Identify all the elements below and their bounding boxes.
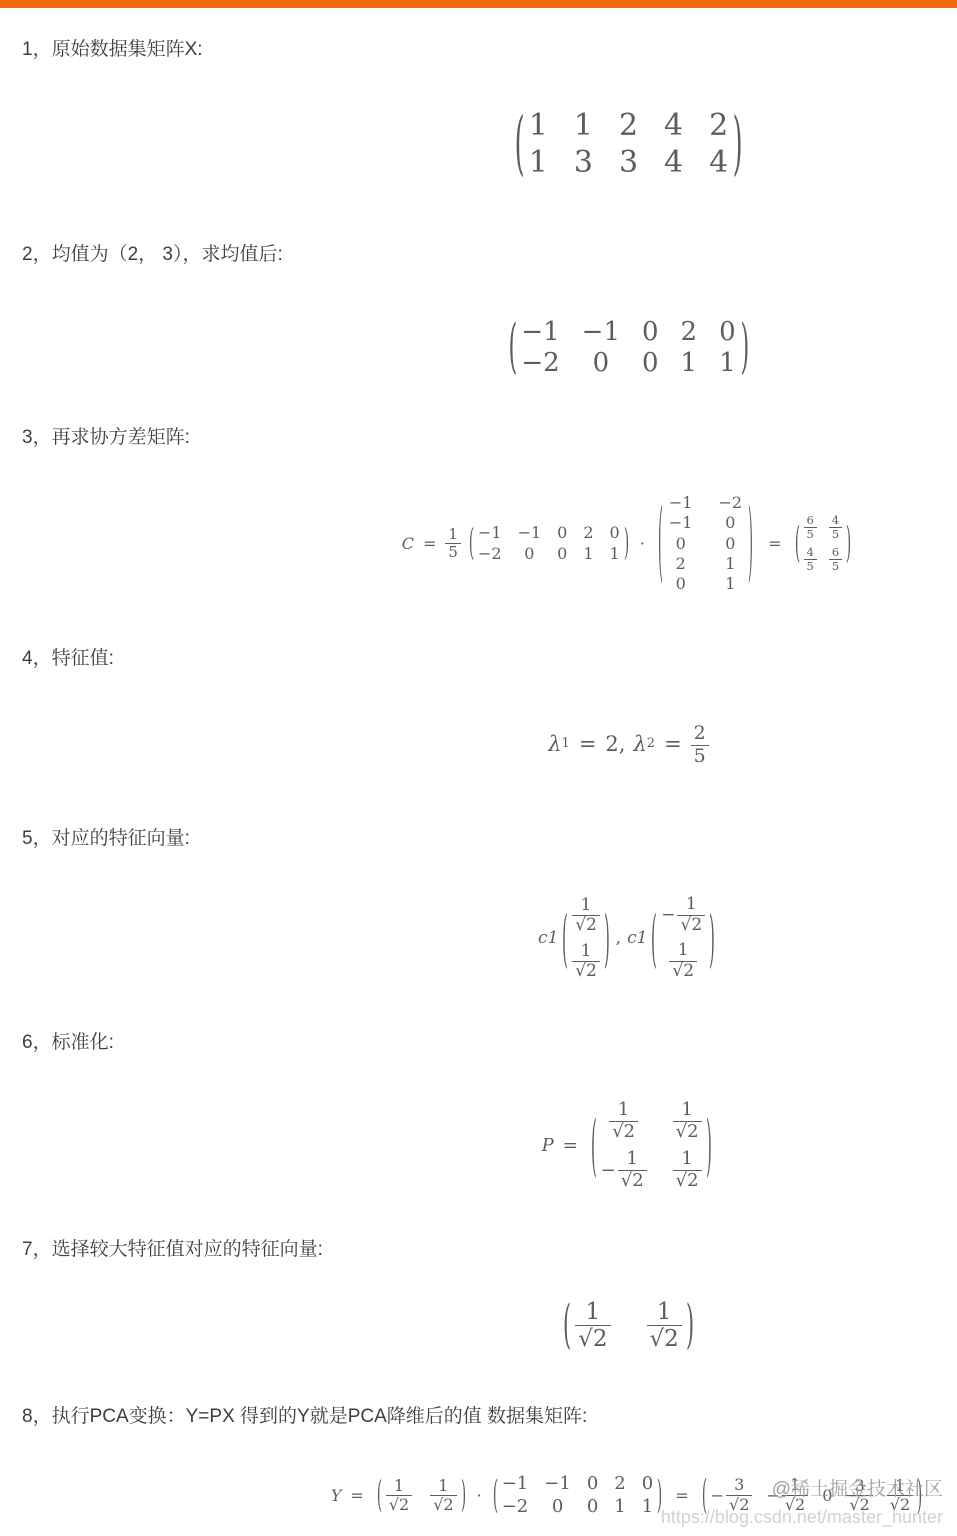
comma: ,	[616, 928, 621, 948]
normalized-matrix-formula: P = ( 1√21√2−1√21√2 )	[0, 1099, 957, 1192]
fraction: 4	[664, 109, 683, 142]
fraction: 1√2	[647, 1299, 682, 1353]
matrix-cell: 1√2	[669, 940, 697, 981]
normalized-matrix: 1√21√2−1√21√2	[601, 1099, 702, 1192]
right-paren: )	[740, 313, 749, 381]
matrix-cell: 0	[557, 523, 567, 542]
section-6-heading: 6，标准化:	[0, 1027, 957, 1054]
right-paren: )	[604, 901, 610, 975]
original-matrix: 1124213344	[529, 109, 728, 179]
fraction: 0	[557, 544, 567, 563]
fraction: 0	[524, 544, 534, 563]
fraction: 0	[642, 1473, 653, 1495]
right-paren: )	[460, 1474, 465, 1516]
left-paren: (	[563, 1296, 571, 1356]
eigenvector-1: 1√21√2	[572, 895, 600, 982]
fraction: 0	[676, 574, 686, 593]
top-accent-bar	[0, 0, 957, 8]
left-paren: (	[377, 1474, 382, 1516]
matrix-cell: 0	[524, 544, 534, 563]
fraction: 2	[614, 1473, 625, 1495]
matrix-cell: 1	[574, 109, 593, 142]
fraction: −1	[544, 1473, 571, 1495]
eigenvector-2: −1√21√2	[661, 895, 705, 981]
matrix-cell: 0	[676, 574, 686, 593]
right-paren: )	[846, 518, 851, 567]
fraction: 1	[642, 1496, 653, 1518]
section-3-heading: 3，再求协方差矩阵:	[0, 422, 957, 449]
variable-C: C	[402, 534, 414, 553]
section-1-heading: 1，原始数据集矩阵X:	[0, 34, 957, 61]
fraction: 1√2	[572, 896, 600, 936]
section-2-heading: 2，均值为（2， 3），求均值后:	[0, 239, 957, 266]
covariance-result-matrix: 65454565	[804, 513, 843, 573]
left-paren: (	[469, 522, 474, 564]
fraction: −1	[669, 513, 693, 532]
fraction: −1√2	[601, 1149, 647, 1191]
fraction: 1	[725, 574, 735, 593]
fraction: 2	[676, 554, 686, 573]
matrix-cell: 0	[610, 523, 620, 542]
matrix-cell: 45	[804, 545, 817, 573]
watermark-juejin: @稀土掘金技术社区	[661, 1476, 943, 1504]
fraction: 3	[619, 146, 638, 179]
matrix-cell: 1	[610, 544, 620, 563]
fraction: 1√2	[673, 1149, 702, 1191]
left-paren: (	[514, 103, 524, 185]
matrix-cell: −2	[502, 1496, 529, 1518]
fraction: −1√2	[661, 895, 705, 935]
matrix-cell: −2	[718, 493, 742, 512]
equals-sign: =	[768, 534, 781, 553]
fraction: 2	[709, 109, 728, 142]
matrix-cell: 4	[664, 146, 683, 179]
fraction: 1	[574, 109, 593, 142]
variable-P: P	[542, 1135, 554, 1156]
matrix-cell: 1	[614, 1496, 625, 1518]
matrix-cell: 1	[725, 554, 735, 573]
fraction: −1	[502, 1473, 529, 1495]
matrix-cell: 1√2	[430, 1476, 456, 1515]
matrix-cell: −1	[582, 318, 620, 347]
matrix-cell: 2	[681, 318, 698, 347]
lambda-symbol: λ	[633, 732, 646, 756]
fraction: 45	[804, 546, 817, 573]
fraction: −2	[521, 349, 559, 378]
fraction: 0	[642, 349, 659, 378]
right-paren: )	[706, 1106, 712, 1185]
fraction: 15	[445, 526, 461, 562]
lambda-subscript: 2	[647, 736, 655, 751]
fraction: −1	[478, 523, 502, 542]
data-matrix: −1−1020−20011	[502, 1473, 653, 1518]
fraction: 1√2	[669, 941, 697, 981]
right-paren: )	[748, 493, 753, 594]
fraction: −1	[669, 493, 693, 512]
fraction: 0	[610, 523, 620, 542]
section-8-heading: 8，执行PCA变换：Y=PX 得到的Y就是PCA降维后的值 数据集矩阵:	[0, 1401, 957, 1428]
matrix-cell: −1	[521, 318, 559, 347]
left-paren: (	[794, 518, 799, 567]
section-5-heading: 5，对应的特征向量:	[0, 823, 957, 850]
fraction: 1	[614, 1496, 625, 1518]
fraction: 2	[619, 109, 638, 142]
matrix-cell: 2	[619, 109, 638, 142]
section-4-heading: 4，特征值:	[0, 643, 957, 670]
matrix-cell: 1	[642, 1496, 653, 1518]
fraction: 1	[719, 349, 736, 378]
matrix-cell: −2	[521, 349, 559, 378]
original-matrix-formula: ( 1124213344 )	[0, 109, 957, 179]
matrix-cell: 2	[583, 523, 593, 542]
equals-sign: =	[423, 534, 436, 553]
matrix-cell: 0	[587, 1473, 598, 1495]
matrix-cell: 1√2	[572, 941, 600, 982]
fraction: 1√2	[575, 1299, 610, 1353]
fraction: 3	[574, 146, 593, 179]
matrix-cell: 1√2	[572, 895, 600, 936]
fraction: 65	[804, 514, 817, 541]
left-paren: (	[493, 1473, 498, 1518]
covariance-matrix-b: −1−2−10002101	[669, 493, 742, 593]
matrix-cell: 1√2	[575, 1299, 610, 1353]
matrix-cell: 1	[719, 349, 736, 378]
matrix-cell: 0	[557, 544, 567, 563]
fraction: 1√2	[572, 942, 600, 982]
matrix-cell: −1	[518, 523, 542, 542]
matrix-cell: 1	[529, 146, 548, 179]
fraction: 1√2	[673, 1100, 702, 1142]
right-paren: )	[709, 901, 715, 975]
p-row-vector: 1√21√2	[386, 1476, 457, 1515]
left-paren: (	[562, 901, 568, 975]
section-7-heading: 7，选择较大特征值对应的特征向量:	[0, 1234, 957, 1261]
fraction: −1	[518, 523, 542, 542]
matrix-cell: −1	[669, 513, 693, 532]
fraction: 1	[681, 349, 698, 378]
fraction: −2	[502, 1496, 529, 1518]
matrix-cell: 3	[574, 146, 593, 179]
fraction: 1	[725, 554, 735, 573]
watermark: @稀土掘金技术社区 https://blog.csdn.net/master_h…	[661, 1476, 943, 1530]
demeaned-matrix: −1−1020−20011	[521, 318, 735, 377]
eigenvalue-2-fraction: 25	[691, 720, 709, 768]
matrix-cell: −1	[669, 493, 693, 512]
left-paren: (	[651, 901, 657, 975]
right-paren: )	[624, 522, 629, 564]
fraction: 0	[642, 318, 659, 347]
fraction: −1	[521, 318, 559, 347]
left-paren: (	[658, 493, 663, 594]
matrix-cell: 2	[676, 554, 686, 573]
matrix-cell: 0	[642, 318, 659, 347]
fraction: 1√2	[609, 1100, 638, 1142]
fraction: −2	[478, 544, 502, 563]
right-paren: )	[733, 103, 743, 185]
fraction: 0	[725, 513, 735, 532]
matrix-cell: 0	[642, 1473, 653, 1495]
fraction: 2	[681, 318, 698, 347]
fraction: 0	[587, 1496, 598, 1518]
fraction: −1	[582, 318, 620, 347]
eigenvectors-formula: c1 ( 1√21√2 ) , c1 ( −1√21√2 )	[0, 895, 957, 982]
matrix-cell: −2	[478, 544, 502, 563]
fraction: 0	[725, 534, 735, 553]
fraction: 1	[610, 544, 620, 563]
lambda-symbol: λ	[548, 732, 561, 756]
covariance-formula: C = 15 ( −1−1020−20011 ) · ( −1−2−100021…	[0, 493, 957, 593]
fraction: 2	[583, 523, 593, 542]
coefficient-fraction: 15	[445, 525, 461, 562]
equals-sign: =	[579, 732, 597, 756]
matrix-cell: 3	[619, 146, 638, 179]
fraction: 1√2	[386, 1477, 412, 1515]
equals-sign: =	[563, 1135, 578, 1156]
fraction: 1	[529, 146, 548, 179]
covariance-matrix-a: −1−1020−20011	[478, 523, 620, 563]
fraction: 0	[587, 1473, 598, 1495]
matrix-cell: 1√2	[386, 1476, 412, 1515]
matrix-cell: 2	[709, 109, 728, 142]
matrix-cell: −1	[544, 1473, 571, 1495]
demeaned-matrix-formula: ( −1−1020−20011 )	[0, 318, 957, 377]
matrix-cell: 1√2	[609, 1099, 638, 1142]
multiply-dot: ·	[477, 1486, 482, 1505]
eigenvalues-formula: λ1 = 2, λ2 = 25	[0, 720, 957, 768]
minus-sign: −	[661, 905, 675, 925]
matrix-cell: 1√2	[647, 1299, 682, 1353]
matrix-cell: 65	[829, 545, 842, 573]
matrix-cell: 0	[552, 1496, 563, 1518]
matrix-cell: 4	[709, 146, 728, 179]
matrix-cell: 1	[529, 109, 548, 142]
fraction: 65	[829, 546, 842, 573]
coefficient-c1: c1	[538, 928, 558, 948]
selected-eigenvector-formula: ( 1√21√2 )	[0, 1299, 957, 1353]
fraction: 0	[719, 318, 736, 347]
equals-sign: =	[350, 1486, 363, 1505]
minus-sign: −	[601, 1160, 616, 1181]
fraction: −2	[718, 493, 742, 512]
fraction: 0	[676, 534, 686, 553]
lambda-subscript: 1	[562, 736, 570, 751]
selected-eigenvector: 1√21√2	[575, 1299, 682, 1353]
fraction: 4	[664, 146, 683, 179]
variable-Y: Y	[331, 1486, 342, 1505]
matrix-cell: −1	[502, 1473, 529, 1495]
matrix-cell: 0	[725, 534, 735, 553]
matrix-cell: 4	[664, 109, 683, 142]
watermark-csdn-url: https://blog.csdn.net/master_hunter	[661, 1504, 943, 1530]
matrix-cell: 2	[614, 1473, 625, 1495]
fraction: 1	[529, 109, 548, 142]
fraction: 1√2	[430, 1477, 456, 1515]
matrix-cell: 65	[804, 513, 817, 541]
matrix-cell: 1	[681, 349, 698, 378]
fraction: 1	[583, 544, 593, 563]
matrix-cell: 1	[583, 544, 593, 563]
eigenvalue-1: 2,	[605, 732, 625, 756]
fraction: 0	[593, 349, 610, 378]
matrix-cell: −1√2	[661, 895, 705, 935]
matrix-cell: 0	[676, 534, 686, 553]
fraction: 25	[691, 723, 709, 768]
fraction: 0	[557, 523, 567, 542]
left-paren: (	[508, 313, 517, 381]
matrix-cell: −1	[478, 523, 502, 542]
matrix-cell: −1√2	[601, 1149, 647, 1191]
coefficient-c1: c1	[627, 928, 647, 948]
matrix-cell: 1√2	[673, 1148, 702, 1191]
matrix-cell: 0	[593, 349, 610, 378]
matrix-cell: 45	[829, 513, 842, 541]
fraction: 0	[552, 1496, 563, 1518]
equals-sign: =	[664, 732, 682, 756]
matrix-cell: 1	[725, 574, 735, 593]
fraction: 4	[709, 146, 728, 179]
matrix-cell: 0	[587, 1496, 598, 1518]
matrix-cell: 0	[725, 513, 735, 532]
right-paren: )	[686, 1296, 694, 1356]
multiply-dot: ·	[640, 534, 645, 553]
matrix-cell: 1√2	[673, 1099, 702, 1142]
left-paren: (	[591, 1106, 597, 1185]
matrix-cell: 0	[642, 349, 659, 378]
matrix-cell: 0	[719, 318, 736, 347]
fraction: 45	[829, 514, 842, 541]
